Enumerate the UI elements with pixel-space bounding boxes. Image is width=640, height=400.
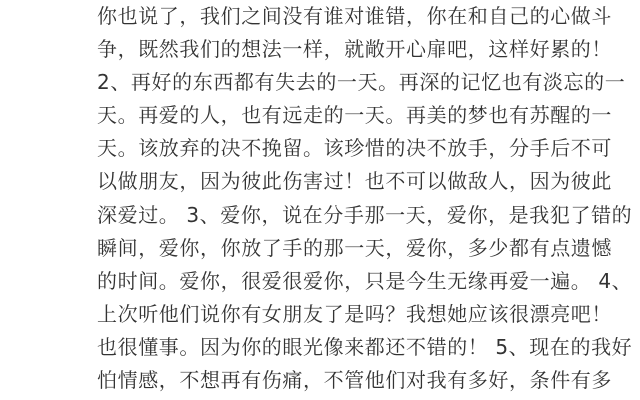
- text-line: 天。再爱的人，也有远走的一天。再美的梦也有苏醒的一: [97, 103, 612, 127]
- text-line: 深爱过。 3、爱你，说在分手那一天，爱你，是我犯了错的: [97, 203, 632, 227]
- text-line: 天。该放弃的决不挽留。该珍惜的决不放手，分手后不可: [97, 136, 612, 160]
- text-line: 2、再好的东西都有失去的一天。再深的记忆也有淡忘的一: [97, 70, 625, 94]
- text-line: 争，既然我们的想法一样，就敞开心扉吧，这样好累的！: [97, 37, 612, 61]
- text-line: 也很懂事。因为你的眼光像来都还不错的！ 5、现在的我好: [97, 335, 632, 359]
- text-line: 上次听他们说你有女朋友了是吗？我想她应该很漂亮吧！: [97, 302, 612, 326]
- text-line: 以做朋友，因为彼此伤害过！也不可以做敌人，因为彼此: [97, 169, 612, 193]
- text-line: 的时间。爱你，很爱很爱你，只是今生无缘再爱一遍。 4、: [97, 269, 632, 293]
- text-line: 你也说了，我们之间没有谁对谁错，你在和自己的心做斗: [97, 4, 612, 28]
- text-line: 瞬间，爱你，你放了手的那一天，爱你，多少都有点遗憾: [97, 236, 612, 260]
- text-line: 怕情感，不想再有伤痛，不管他们对我有多好，条件有多: [97, 368, 612, 392]
